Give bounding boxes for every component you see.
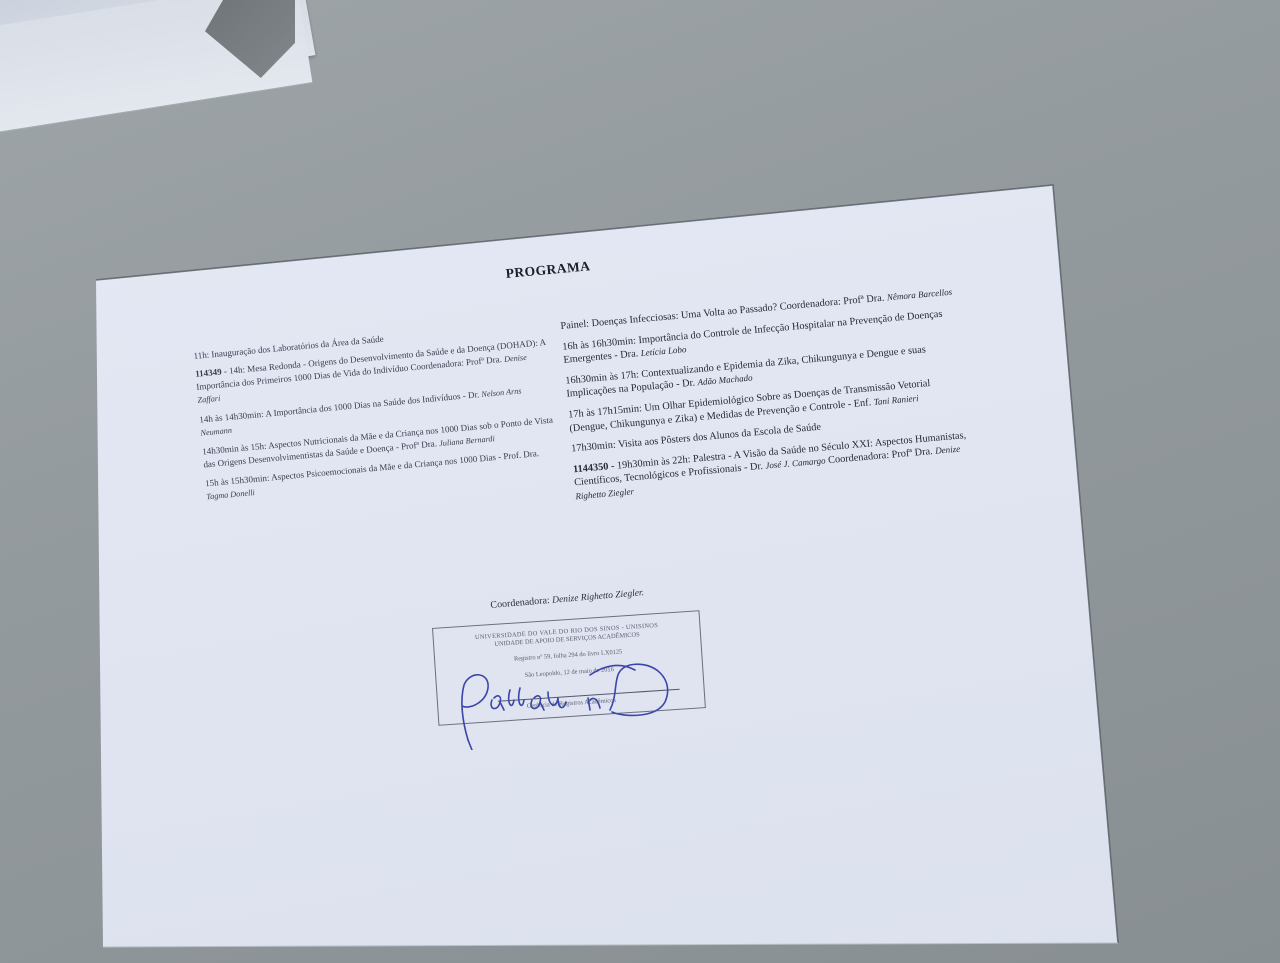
- coordinator-label: Coordenadora:: [490, 595, 553, 611]
- handwritten-signature: [440, 640, 700, 750]
- coordinator-name: Denize Righetto Ziegler.: [552, 588, 645, 606]
- speaker-name: Nêmora Barcellos: [886, 287, 952, 303]
- document-title: PROGRAMA: [505, 258, 591, 282]
- speaker-name: José J. Camargo: [765, 456, 826, 471]
- speaker-name: Adão Machado: [697, 373, 753, 388]
- document-content: PROGRAMA 11h: Inauguração dos Laboratóri…: [0, 0, 1280, 963]
- program-left-column: 11h: Inauguração dos Laboratórios da Áre…: [193, 318, 561, 510]
- activity-code: 114349: [195, 367, 222, 379]
- coordinator-line: Coordenadora: Denize Righetto Ziegler.: [490, 587, 644, 611]
- speaker-name: Tagma Donelli: [206, 488, 255, 501]
- program-right-column: Painel: Doenças Infecciosas: Uma Volta a…: [560, 286, 970, 511]
- speaker-name: Juliana Bernardi: [439, 434, 495, 448]
- speaker-name: Letícia Lobo: [640, 344, 686, 358]
- activity-code: 1144350: [573, 461, 609, 475]
- speaker-name: Tani Ranieri: [873, 393, 919, 407]
